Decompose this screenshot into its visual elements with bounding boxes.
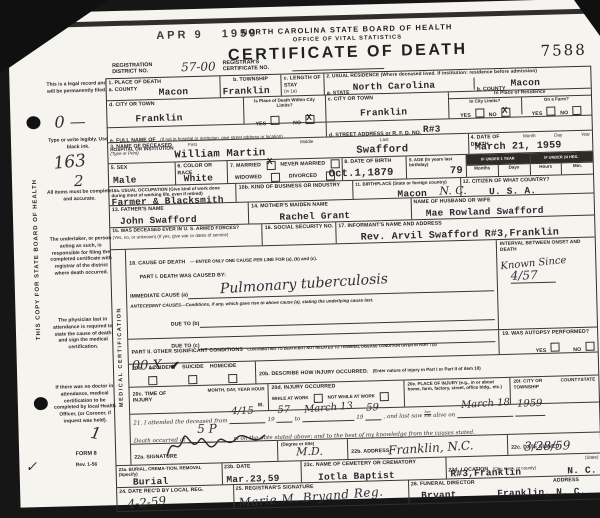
while-at-work-label: WHILE AT WORK (272, 395, 309, 401)
mother-name-label: 14. MOTHER'S MAIDEN NAME (251, 199, 408, 210)
attended-year1-line: 57 (277, 413, 293, 423)
cause-of-death-label: 18. CAUSE OF DEATH (129, 259, 185, 266)
attended-year1-handwritten: 57 (277, 405, 290, 416)
length-of-stay-label: c. LENGTH OF STAY (284, 75, 322, 89)
due-to-b-label: DUE TO (b) (171, 321, 200, 328)
punch-hole-bottom (34, 397, 48, 410)
township-value: Franklin (223, 85, 270, 97)
medical-certification-vertical-label: MEDICAL CERTIFICATION (116, 307, 125, 407)
funeral-address-value: Franklin, N. C. (497, 486, 586, 499)
last-name-header: Last (380, 137, 389, 143)
hours-header: Hours (530, 163, 562, 175)
attended-year2-handwritten: 59 (366, 402, 379, 413)
scanned-document-background: THIS COPY FOR STATE BOARD OF HEALTH This… (0, 0, 600, 518)
days-header: Days (499, 164, 531, 176)
citizen-label: 12. CITIZEN OF WHAT COUNTRY? (463, 176, 592, 186)
funeral-address-label: ADDRESS (553, 477, 579, 484)
form-number: FORM 8 (53, 450, 119, 459)
date-of-death-value: March 21, 1959 (475, 140, 562, 153)
first-name-header: First (188, 142, 197, 148)
on-a-farm-question: On a Farm? (521, 96, 591, 103)
widowed-checkbox (271, 173, 280, 182)
age-value: 79 (450, 165, 463, 177)
burial-state-value: N. C. (567, 465, 597, 477)
date-signed-handwritten: 3/28/59 (524, 438, 571, 453)
injury-city-label: 20f. CITY OR TOWNSHIP (513, 377, 560, 390)
father-name-label: 13. FATHER'S NAME (112, 204, 247, 214)
township-label: b. TOWNSHIP (222, 76, 279, 84)
margin-handwriting-one: 1 (89, 423, 102, 444)
margin-note-no-doctor: If there was no doctor in attendance, me… (51, 383, 118, 425)
death-year-header: Year (581, 132, 590, 145)
divorced-label: DIVORCED (289, 173, 317, 180)
time-of-injury-label: 20c. TIME OF INJURY (133, 390, 173, 404)
attended-alive-line: March 18 (457, 407, 513, 418)
autopsy-yes-checkbox (551, 342, 560, 351)
sex-label: 5. SEX (111, 164, 173, 172)
if-under-1-year-header: IF UNDER 1 YEAR (466, 153, 530, 165)
never-married-checkbox (330, 159, 339, 168)
never-married-label: NEVER MARRIED (280, 161, 325, 169)
attended-year2-printed: 19 (356, 415, 363, 421)
county-value: Macon (159, 86, 189, 98)
signer-address-handwritten: Franklin, N.C. (388, 438, 474, 457)
time-of-injury-m: M. (258, 402, 264, 409)
margin-note-legal-record: This is a legal record and will be perma… (43, 80, 109, 95)
him-word: him (424, 415, 431, 419)
attended-year2-line: 59 (365, 410, 381, 420)
attended-alive-year-line: 1959 (515, 406, 545, 417)
residence-limits-yes-checkbox (475, 108, 484, 117)
mother-name-value: Rachel Grant (279, 210, 350, 223)
suicide-checkbox (188, 375, 197, 384)
attended-mid-text: , and last saw (383, 413, 422, 420)
length-of-stay-sub: (in 1a) (284, 88, 322, 94)
registration-district-value: 57-00 (181, 59, 216, 74)
attended-to-handwritten: March 13 (304, 401, 354, 416)
married-checkbox: X (266, 161, 275, 170)
street-address-value: R#3 (423, 124, 441, 135)
residence-county-value: Macon (510, 77, 540, 89)
middle-name-header: Middle (300, 139, 313, 145)
margin-handwriting-check: ✓ (25, 459, 37, 475)
last-name-value: Swafford (356, 143, 408, 156)
funeral-director-label: 26. FUNERAL DIRECTOR (411, 480, 475, 488)
autopsy-no-checkbox (585, 341, 594, 350)
interval-label: INTERVAL BETWEEN ONSET AND DEATH (500, 240, 592, 254)
due-to-b-line (199, 310, 495, 328)
not-while-at-work-label: NOT WHILE AT WORK (327, 394, 375, 401)
immediate-cause-label: IMMEDIATE CAUSE (a) (130, 292, 188, 300)
city-value: Franklin (135, 112, 182, 124)
residence-limits-question: In City Limits? (449, 97, 521, 104)
certificate-serial-number: 7588 (540, 41, 587, 60)
part2-label2: CONTRIBUTING TO DEATH BUT NOT RELATED TO… (247, 343, 436, 352)
city-limits-no-x: X (306, 113, 312, 123)
residence-limits-no-x: X (502, 105, 508, 115)
part2-label: PART II. OTHER SIGNIFICANT CONDITIONS (131, 347, 243, 356)
margin-note-type-legibly: Type or write legibly. Use black ink. (45, 136, 111, 151)
certificate-page: THIS COPY FOR STATE BOARD OF HEALTH This… (8, 0, 600, 508)
registration-district-label: REGISTRATION DISTRICT NO. (112, 61, 174, 76)
margin-note-physician: The physician last in attendance is requ… (50, 316, 117, 351)
while-at-work-checkbox (313, 393, 322, 402)
first-name-value: William Martin (174, 147, 265, 161)
residence-limits-no-checkbox: X (501, 107, 510, 116)
punch-hole-top (26, 116, 40, 129)
attended-from-handwritten: 4/15 (231, 406, 254, 418)
autopsy-yes-label: YES (536, 347, 547, 353)
type-or-print-note: (Type or Print) (110, 150, 158, 157)
margin-handwriting-zero: 0 — (54, 112, 86, 132)
homicide-checkbox (228, 373, 237, 382)
autopsy-label: 19. WAS AUTOPSY PERFORMED? (502, 329, 594, 338)
attended-to-text: to (295, 416, 301, 422)
attended-year1-printed: 19 (268, 417, 275, 423)
injury-occurred-label: 20d. INJURY OCCURRED (271, 382, 400, 392)
degree-handwritten: M.D. (296, 445, 323, 459)
cause-of-death-label2: — ENTER ONLY ONE CAUSE PER LINE FOR (a),… (190, 256, 317, 264)
date-received-label: 24. DATE REC'D BY LOCAL REG. (119, 486, 231, 495)
residence-city-value: Franklin (360, 106, 407, 118)
months-header: Months (467, 165, 499, 177)
margin-handwriting-2: 2 (74, 172, 84, 190)
copy-designation-vertical-text: THIS COPY FOR STATE BOARD OF HEALTH (32, 170, 42, 340)
married-x: X (267, 157, 273, 167)
physician-signature (161, 425, 272, 462)
part2-handwritten: 00.X (132, 358, 162, 374)
widowed-label: WIDOWED (235, 174, 262, 181)
form-revision: Rev. 1-56 (53, 461, 119, 469)
injury-county-label: COUNTY (560, 377, 580, 389)
farm-yes-checkbox (547, 106, 556, 115)
certificate-form: 1. PLACE OF DEATH a. COUNTY Macon b. TOW… (105, 66, 600, 513)
margin-note-undertaker: The undertaker, or person acting as such… (47, 235, 114, 277)
city-or-town-label: d. CITY OR TOWN (109, 99, 241, 109)
min-header: Min. (562, 163, 593, 175)
date-of-birth-value: Oct.1,1879 (328, 167, 393, 181)
cemetery-label: 23c. NAME OF CEMETERY OR CREMATORY (304, 459, 444, 469)
date-of-birth-label: 8. DATE OF BIRTH (344, 158, 404, 166)
city-limits-question: Is Place of Death Within City Limits? (246, 97, 323, 110)
if-under-24-hrs-header: IF UNDER 24 HRS. (530, 152, 593, 164)
attended-from-line: 4/15 (229, 413, 265, 424)
date-received-handwritten: 4-2-59 (127, 494, 167, 512)
margin-note-complete-accurate: All items must be complete and accurate. (46, 188, 112, 203)
married-label: 7. MARRIED (230, 163, 261, 170)
father-name-value: John Swafford (120, 214, 197, 227)
autopsy-no-label: NO (573, 346, 581, 352)
funeral-director-value: Bryant (421, 489, 457, 501)
ssn-label: 16. SOCIAL SECURITY NO. (265, 223, 334, 231)
attended-alive-handwritten: March 18 (461, 397, 511, 411)
sex-value: Male (113, 175, 137, 187)
place-of-injury-label: 20e. PLACE OF INJURY (e.g., in or about … (407, 379, 506, 392)
part2-checkmark: ✔ (170, 358, 180, 372)
farm-no-checkbox (573, 105, 582, 114)
attended-alive-text: alive on (433, 412, 455, 419)
accident-checkbox (148, 376, 157, 385)
registrar-certificate-blank (292, 58, 384, 71)
margin-handwriting-163: 163 (53, 151, 87, 174)
residence-state-value: North Carolina (353, 80, 436, 93)
burial-date-label: 23b. DATE (224, 462, 299, 470)
residence-city-label: c. CITY OR TOWN (328, 93, 446, 103)
attended-alive-year-handwritten: 1959 (517, 398, 543, 410)
injury-state-label: STATE (580, 377, 595, 389)
industry-label: 10b. KIND OF BUSINESS OR INDUSTRY (239, 182, 351, 191)
signer-address-label: 22b. ADDRESS (351, 448, 389, 455)
registrar-certificate-label: REGISTRAR'S CERTIFICATE NO. (223, 58, 285, 73)
not-while-at-work-checkbox (380, 391, 389, 400)
race-value: White (183, 173, 213, 185)
attended-to-line: March 13 (302, 411, 354, 422)
time-of-injury-sub: MONTH, DAY, YEAR HOUR (207, 386, 264, 393)
